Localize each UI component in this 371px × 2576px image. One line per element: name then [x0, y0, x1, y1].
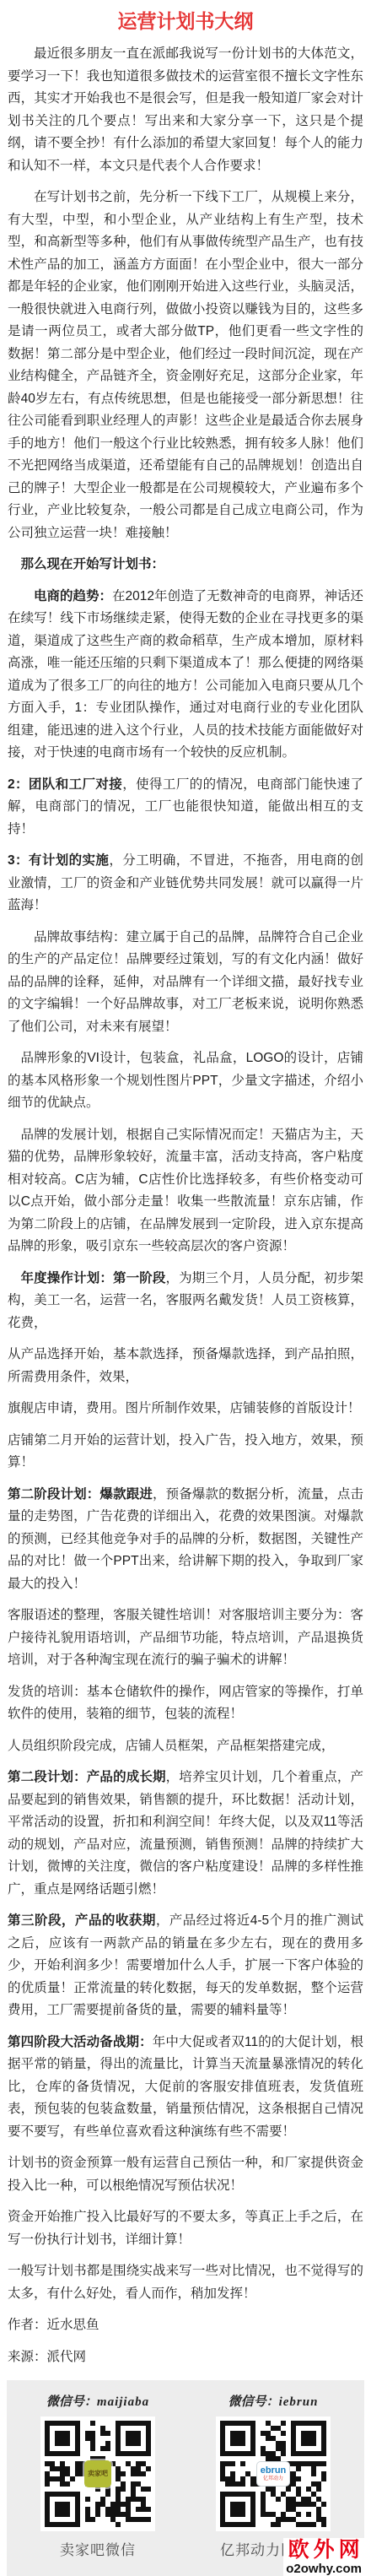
article-paragraph: 旗舰店申请，费用。图片所制作效果，店铺装修的首版设计！: [8, 1398, 363, 1421]
article-paragraph: 资金开始推广投入比最好写的不要太多，等真正上手之后，在写一份执行计划书，详细计算…: [8, 2206, 363, 2251]
wechat-id-value: maijiaba: [97, 2395, 149, 2409]
ebrun-logo: ebrun 亿邦动力: [256, 2461, 290, 2487]
article-paragraph: 那么现在开始写计划书：: [8, 554, 363, 576]
wechat-id-value: iebrun: [279, 2395, 319, 2409]
wechat-id-line: 微信号：maijiaba: [46, 2392, 149, 2410]
article-paragraph: 品牌形象的VI设计，包装盒，礼品盒，LOGO的设计，店铺的基本风格形象一个规划性…: [8, 1047, 363, 1115]
article-paragraph: 作者：近水思鱼: [8, 2314, 363, 2337]
qr-panel-maijiaba: 微信号：maijiaba 卖家吧 卖家吧微信: [15, 2392, 180, 2559]
article-paragraph: 最近很多朋友一直在派邮我说写一份计划书的大体范文，要学习一下！我也知道很多做技术…: [8, 43, 363, 177]
article-body: 最近很多朋友一直在派邮我说写一份计划书的大体范文，要学习一下！我也知道很多做技术…: [0, 43, 371, 2368]
article-paragraph: 客服语述的整理，客服关键性培训！对客服培训主要分为：客户接待礼貌用语培训，产品细…: [8, 1605, 363, 1672]
article-paragraph: 计划书的资金预算一般有运营自己预估一种，和厂家提供资金投入比一种，可以根绝情况写…: [8, 2152, 363, 2197]
article-paragraph: 电商的趋势：在2012年创造了无数神奇的电商界，神话还在续写！线下市场继续走紧，…: [8, 586, 363, 765]
article-paragraph: 一般写计划书都是围绕实战来写一些对比情况，也不觉得写的太多，有什么好处，看人而作…: [8, 2260, 363, 2305]
site-watermark: 欧外网 o2owhy.com: [283, 2538, 364, 2576]
article-paragraph: 人员组织阶段完成，店铺人员框架，产品框架搭建完成，: [8, 1735, 363, 1758]
wechat-id-label: 微信号：: [46, 2395, 97, 2409]
watermark-site-url: o2owhy.com: [286, 2562, 362, 2575]
article-paragraph: 品牌的发展计划，根据自己实际情况而定！天猫店为主，天猫的优势，品牌形象较好，流量…: [8, 1124, 363, 1258]
qr-caption: 卖家吧微信: [60, 2538, 136, 2559]
article-paragraph: 2：团队和工厂对接，使得工厂的的情况，电商部门能快速了解，电商部门的情况，工厂也…: [8, 774, 363, 842]
article-paragraph: 来源：派代网: [8, 2346, 363, 2369]
qr-code-iebrun: ebrun 亿邦动力: [216, 2416, 331, 2531]
wechat-id-label: 微信号：: [229, 2395, 279, 2409]
article-paragraph: 发货的培训：基本仓储软件的操作，网店管家的等操作，打单软件的使用，装箱的细节，包…: [8, 1681, 363, 1726]
article-paragraph: 在写计划书之前，先分析一下线下工厂，从规模上来分，有大型，中型，和小型企业，从产…: [8, 187, 363, 544]
article-paragraph: 第二阶段计划：爆款跟进，预备爆款的数据分析，流量，点击量的走势图，广告花费的详细…: [8, 1484, 363, 1596]
watermark-site-name: 欧外网: [286, 2540, 366, 2561]
qr-code-maijiaba: 卖家吧: [40, 2416, 155, 2531]
article-paragraph: 品牌故事结构：建立属于自己的品牌，品牌符合自己企业的生产的产品定位！品牌要经过策…: [8, 927, 363, 1039]
article-paragraph: 店铺第二月开始的运营计划，投入广告，投入地方，效果，预算！: [8, 1430, 363, 1475]
ebrun-logo-subtext: 亿邦动力: [263, 2476, 283, 2481]
wechat-id-line: 微信号：iebrun: [229, 2392, 319, 2410]
article-paragraph: 从产品选择开始，基本款选择，预备爆款选择，到产品拍照，所需费用条件，效果，: [8, 1344, 363, 1388]
qr-panel-iebrun: 微信号：iebrun ebrun 亿邦动力 亿邦动力网微信: [191, 2392, 356, 2559]
article-paragraph: 第三阶段，产品的收获期，产品经过将近4-5个月的推广测试之后，应该有一两款产品的…: [8, 1910, 363, 2022]
article-paragraph: 第二段计划：产品的成长期，培养宝贝计划，几个着重点，产品要起到的销售效果，销售额…: [8, 1767, 363, 1901]
article-paragraph: 3：有计划的实施，分工明确，不冒进，不拖沓，用电商的创业激情，工厂的资金和产业链…: [8, 850, 363, 917]
ebrun-logo-text: ebrun: [261, 2466, 287, 2476]
maijiaba-logo: 卖家吧: [84, 2460, 111, 2487]
article-paragraph: 年度操作计划：第一阶段，为期三个月，人员分配，初步架构，美工一名，运营一名，客服…: [8, 1268, 363, 1335]
qr-footer: 微信号：maijiaba 卖家吧 卖家吧微信 微信号：iebrun ebrun …: [7, 2380, 364, 2576]
article-paragraph: 第四阶段大活动备战期：年中大促或者双11的的大促计划，根据平常的销量，得出的流量…: [8, 2032, 363, 2144]
maijiaba-logo-text: 卖家吧: [88, 2470, 108, 2477]
page-title: 运营计划书大纲: [7, 8, 364, 34]
article-page: 运营计划书大纲 最近很多朋友一直在派邮我说写一份计划书的大体范文，要学习一下！我…: [0, 0, 371, 2576]
